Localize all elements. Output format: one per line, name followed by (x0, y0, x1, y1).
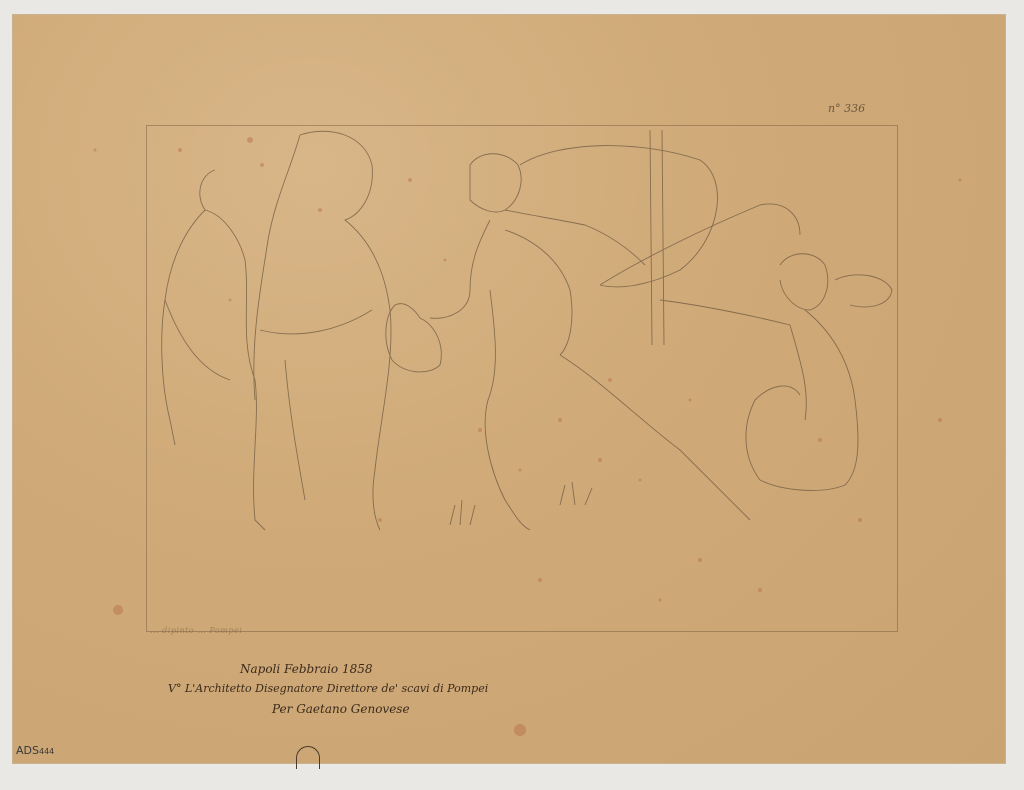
accession-number: ADS444 (16, 744, 54, 757)
accession-suffix: 444 (39, 747, 54, 756)
inscription-signature: Per Gaetano Genovese (272, 702, 410, 716)
inscription-date: Napoli Febbraio 1858 (240, 662, 373, 676)
hanging-mark (296, 746, 320, 769)
accession-prefix: ADS (16, 744, 39, 757)
sheet-number: n° 336 (828, 102, 865, 115)
faint-caption: ... dipinto ... Pompei (150, 626, 242, 635)
figure-drawing (0, 0, 1024, 790)
inscription-approval: V° L'Architetto Disegnatore Direttore de… (168, 682, 488, 695)
